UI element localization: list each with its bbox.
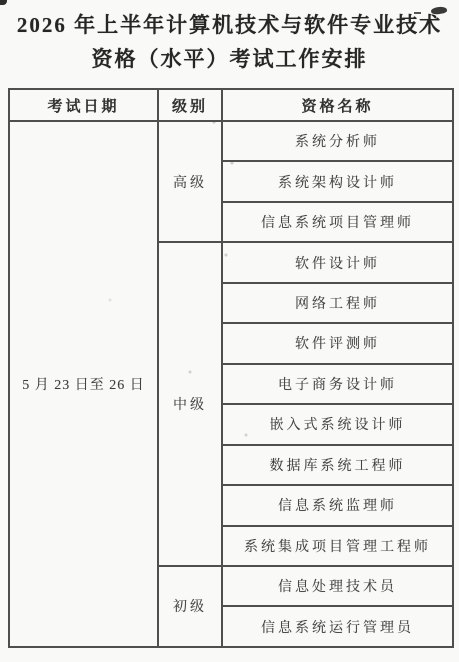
- qualification-cell: 网络工程师: [222, 283, 453, 323]
- qualification-cell: 信息处理技术员: [222, 566, 453, 606]
- qualification-cell: 信息系统项目管理师: [222, 202, 453, 242]
- qualification-cell: 嵌入式系统设计师: [222, 404, 453, 444]
- header-exam-date: 考试日期: [9, 89, 158, 121]
- page-title-line-2: 资格（水平）考试工作安排: [0, 42, 459, 76]
- scanned-document-page: 2026 年上半年计算机技术与软件专业技术 资格（水平）考试工作安排 考试日期 …: [0, 0, 459, 662]
- level-cell-advanced: 高级: [158, 121, 222, 242]
- level-cell-intermediate: 中级: [158, 242, 222, 566]
- exam-schedule-table: 考试日期 级别 资格名称 5 月 23 日至 26 日 高级 系统分析师 系统架…: [8, 88, 454, 648]
- header-qualification-name: 资格名称: [222, 89, 453, 121]
- page-title-line-1: 2026 年上半年计算机技术与软件专业技术: [0, 8, 459, 42]
- qualification-cell: 电子商务设计师: [222, 364, 453, 404]
- table-header-row: 考试日期 级别 资格名称: [9, 89, 453, 121]
- qualification-cell: 软件评测师: [222, 323, 453, 363]
- qualification-cell: 信息系统运行管理员: [222, 606, 453, 647]
- qualification-cell: 系统分析师: [222, 121, 453, 161]
- page-title: 2026 年上半年计算机技术与软件专业技术 资格（水平）考试工作安排: [0, 8, 459, 76]
- level-cell-beginner: 初级: [158, 566, 222, 647]
- scan-smudge-top-left: [0, 0, 7, 5]
- header-level: 级别: [158, 89, 222, 121]
- table-row: 5 月 23 日至 26 日 高级 系统分析师: [9, 121, 453, 161]
- exam-date-cell: 5 月 23 日至 26 日: [9, 121, 158, 647]
- qualification-cell: 系统集成项目管理工程师: [222, 526, 453, 566]
- qualification-cell: 数据库系统工程师: [222, 445, 453, 485]
- qualification-cell: 软件设计师: [222, 242, 453, 282]
- qualification-cell: 系统架构设计师: [222, 161, 453, 201]
- qualification-cell: 信息系统监理师: [222, 485, 453, 525]
